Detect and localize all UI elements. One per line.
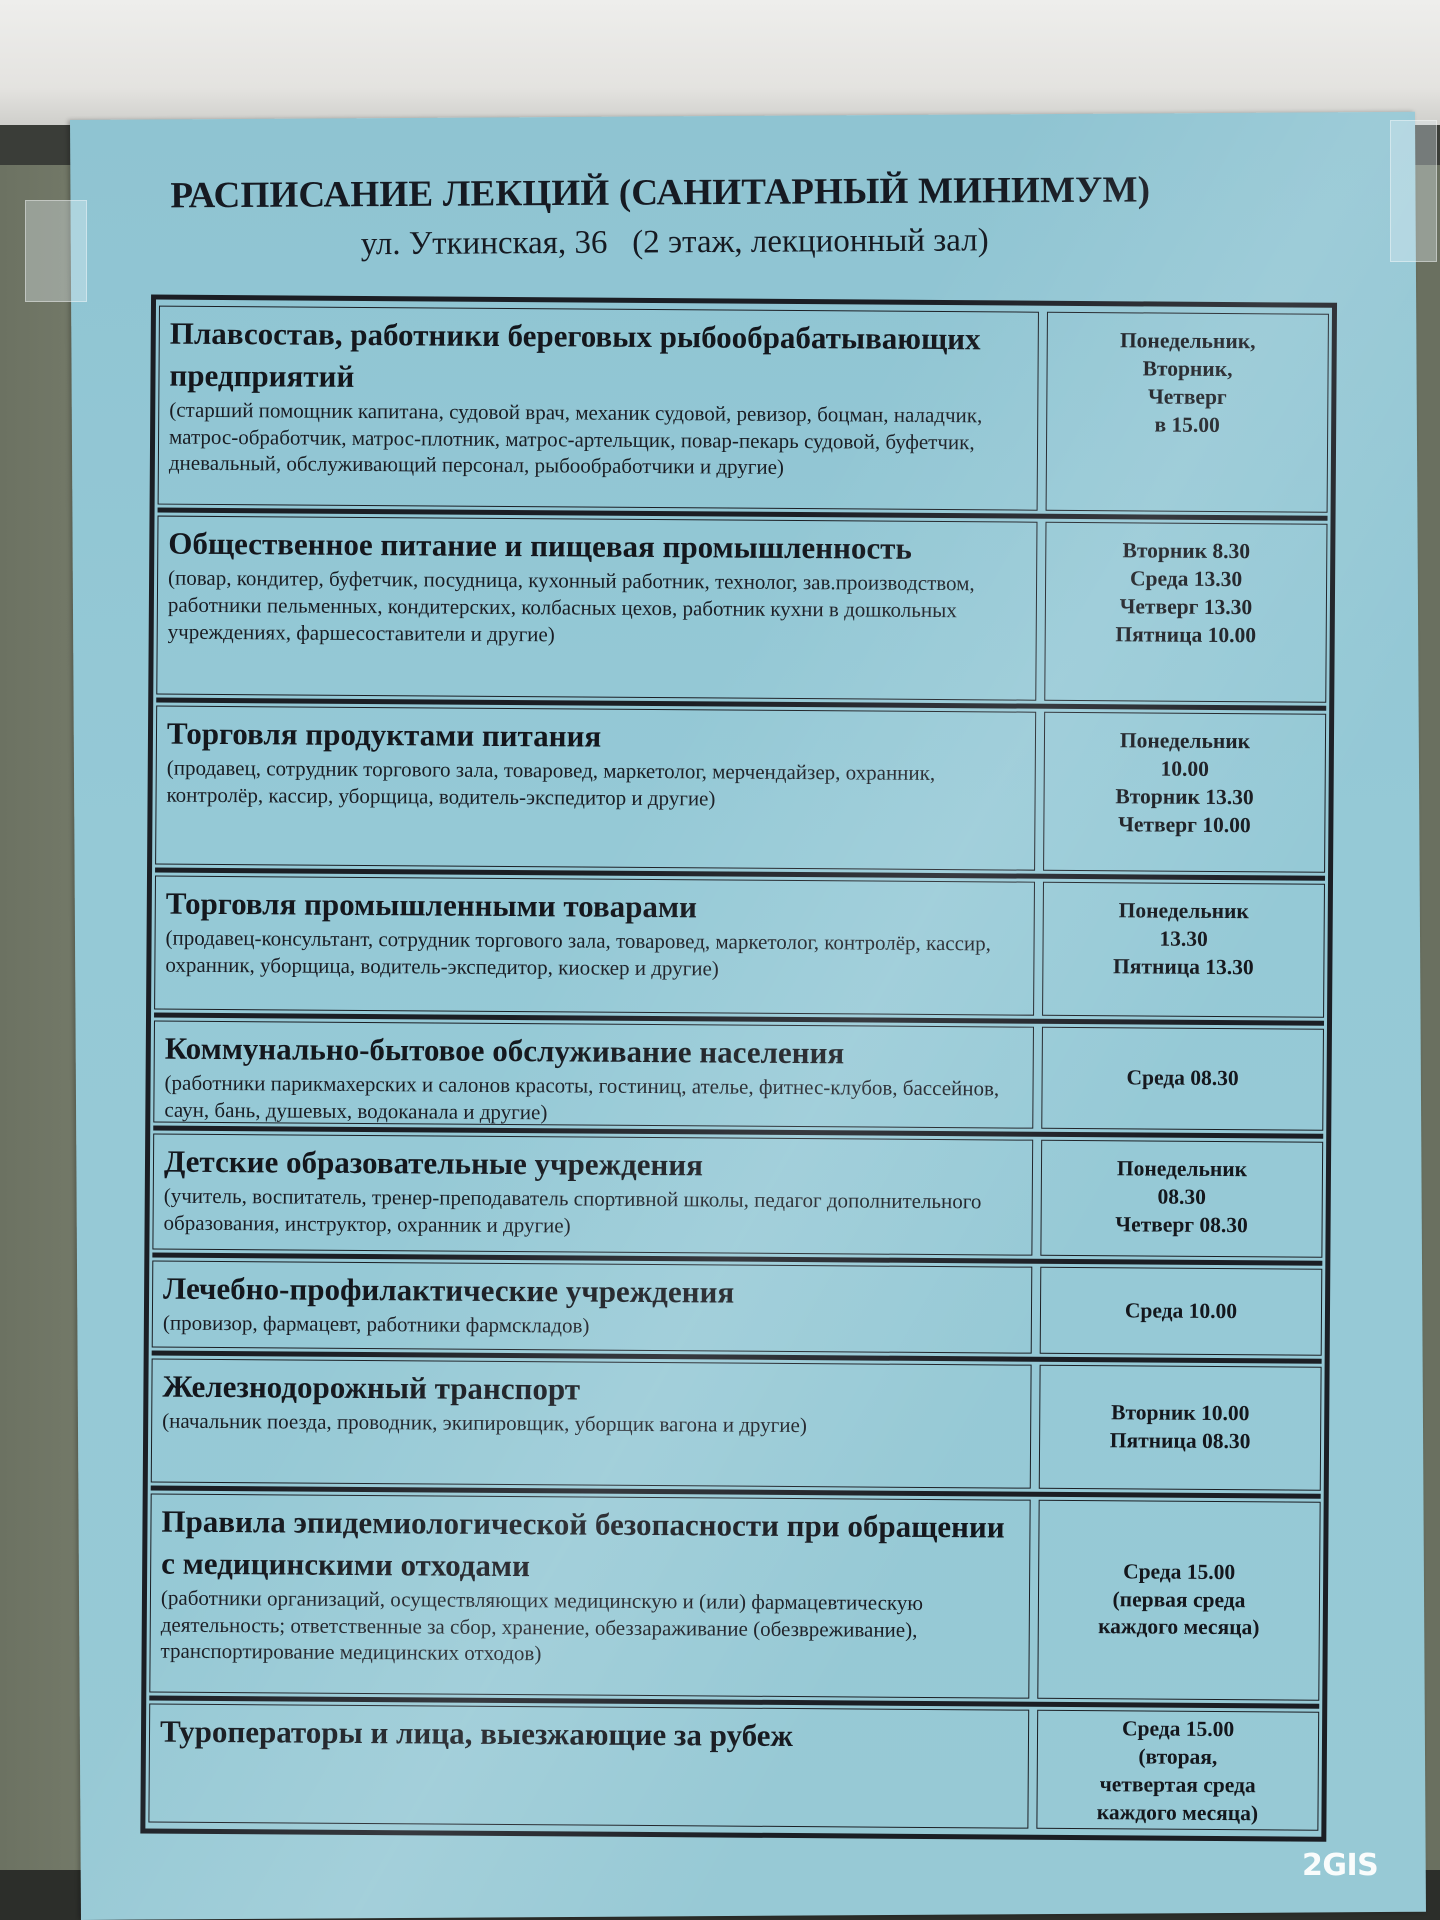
schedule-row: Торговля продуктами питания (продавец, с… bbox=[155, 703, 1326, 881]
schedule-cell: Понедельник 08.30 Четверг 08.30 bbox=[1040, 1140, 1323, 1258]
schedule-line: 08.30 bbox=[1158, 1183, 1207, 1211]
schedule-line: 13.30 bbox=[1159, 926, 1208, 954]
category-cell: Коммунально-бытовое обслуживание населен… bbox=[153, 1021, 1034, 1129]
notice-title: РАСПИСАНИЕ ЛЕКЦИЙ (САНИТАРНЫЙ МИНИМУМ) bbox=[170, 167, 1370, 217]
schedule-row: Коммунально-бытовое обслуживание населен… bbox=[153, 1018, 1324, 1139]
category-cell: Лечебно-профилактические учреждения (про… bbox=[152, 1261, 1033, 1354]
schedule-line: Среда 13.30 bbox=[1130, 565, 1242, 594]
category-title: Общественное питание и пищевая промышлен… bbox=[168, 523, 1026, 571]
schedule-line: Четверг bbox=[1148, 383, 1227, 411]
category-title: Торговля промышленными товарами bbox=[166, 883, 1024, 931]
schedule-row: Железнодорожный транспорт (начальник пое… bbox=[151, 1356, 1322, 1499]
schedule-line: Вторник 10.00 bbox=[1111, 1399, 1249, 1428]
schedule-row: Правила эпидемиологической безопасности … bbox=[149, 1491, 1320, 1709]
schedule-row: Лечебно-профилактические учреждения (про… bbox=[152, 1258, 1323, 1364]
schedule-line: Понедельник bbox=[1117, 1155, 1247, 1184]
schedule-cell: Среда 15.00 (первая среда каждого месяца… bbox=[1037, 1500, 1320, 1701]
watermark-logo: 2GIS bbox=[1302, 1848, 1378, 1883]
category-roles: (начальник поезда, проводник, экипировщи… bbox=[162, 1407, 1020, 1440]
schedule-line: Среда 15.00 bbox=[1122, 1715, 1234, 1744]
category-roles: (провизор, фармацевт, работники фармскла… bbox=[163, 1309, 1021, 1342]
category-roles: (старший помощник капитана, судовой врач… bbox=[169, 396, 1028, 483]
category-cell: Правила эпидемиологической безопасности … bbox=[149, 1494, 1030, 1699]
schedule-line: Понедельник bbox=[1119, 897, 1249, 926]
category-roles: (продавец, сотрудник торгового зала, тов… bbox=[166, 754, 1024, 814]
schedule-row: Туроператоры и лица, выезжающие за рубеж… bbox=[148, 1701, 1319, 1834]
schedule-line: каждого месяца) bbox=[1098, 1614, 1260, 1643]
tape-right bbox=[1390, 120, 1437, 262]
schedule-cell: Среда 15.00 (вторая, четвертая среда каж… bbox=[1036, 1710, 1319, 1831]
schedule-line: четвертая среда bbox=[1100, 1771, 1256, 1800]
category-cell: Детские образовательные учреждения (учит… bbox=[152, 1134, 1033, 1256]
schedule-line: Пятница 13.30 bbox=[1113, 953, 1254, 982]
category-title: Торговля продуктами питания bbox=[167, 713, 1025, 761]
schedule-line: 10.00 bbox=[1160, 756, 1209, 784]
schedule-line: Понедельник bbox=[1120, 727, 1250, 756]
category-roles: (учитель, воспитатель, тренер-преподават… bbox=[163, 1182, 1021, 1242]
category-cell: Туроператоры и лица, выезжающие за рубеж bbox=[148, 1704, 1029, 1829]
schedule-cell: Вторник 8.30 Среда 13.30 Четверг 13.30 П… bbox=[1044, 522, 1327, 703]
schedule-row: Торговля промышленными товарами (продаве… bbox=[154, 873, 1325, 1026]
schedule-line: Вторник 8.30 bbox=[1122, 537, 1250, 566]
schedule-line: Четверг 08.30 bbox=[1115, 1211, 1248, 1240]
schedule-cell: Понедельник 13.30 Пятница 13.30 bbox=[1042, 882, 1325, 1018]
schedule-table: Плавсостав, работники береговых рыбообра… bbox=[140, 295, 1337, 1842]
category-cell: Плавсостав, работники береговых рыбообра… bbox=[158, 306, 1039, 511]
category-cell: Железнодорожный транспорт (начальник пое… bbox=[151, 1359, 1032, 1489]
schedule-cell: Вторник 10.00 Пятница 08.30 bbox=[1039, 1365, 1322, 1491]
category-title: Лечебно-профилактические учреждения bbox=[163, 1268, 1021, 1316]
notice-sheet: РАСПИСАНИЕ ЛЕКЦИЙ (САНИТАРНЫЙ МИНИМУМ) у… bbox=[70, 112, 1426, 1920]
category-cell: Общественное питание и пищевая промышлен… bbox=[156, 516, 1037, 701]
category-roles: (продавец-консультант, сотрудник торгово… bbox=[165, 924, 1023, 984]
schedule-line: каждого месяца) bbox=[1097, 1799, 1259, 1828]
schedule-line: Вторник, bbox=[1143, 355, 1233, 384]
schedule-row: Общественное питание и пищевая промышлен… bbox=[156, 513, 1327, 711]
category-title: Коммунально-бытовое обслуживание населен… bbox=[165, 1028, 1023, 1076]
schedule-cell: Понедельник, Вторник, Четверг в 15.00 bbox=[1046, 312, 1329, 513]
category-roles: (повар, кондитер, буфетчик, посудница, к… bbox=[168, 564, 1027, 651]
schedule-cell: Понедельник 10.00 Вторник 13.30 Четверг … bbox=[1043, 712, 1326, 873]
schedule-line: (первая среда bbox=[1112, 1586, 1245, 1615]
schedule-line: Пятница 10.00 bbox=[1115, 621, 1256, 650]
category-roles: (работники организаций, осуществляющих м… bbox=[161, 1584, 1020, 1671]
category-title: Детские образовательные учреждения bbox=[164, 1141, 1022, 1189]
schedule-line: в 15.00 bbox=[1154, 411, 1220, 439]
schedule-line: Пятница 08.30 bbox=[1110, 1427, 1251, 1456]
tape-left bbox=[25, 200, 87, 302]
schedule-row: Плавсостав, работники береговых рыбообра… bbox=[158, 303, 1329, 521]
schedule-line: Среда 08.30 bbox=[1126, 1064, 1238, 1093]
schedule-line: Понедельник, bbox=[1120, 327, 1256, 356]
schedule-line: Среда 15.00 bbox=[1123, 1558, 1235, 1587]
category-cell: Торговля продуктами питания (продавец, с… bbox=[155, 706, 1036, 871]
schedule-line: Вторник 13.30 bbox=[1115, 783, 1253, 812]
schedule-row: Детские образовательные учреждения (учит… bbox=[152, 1131, 1323, 1266]
category-title: Железнодорожный транспорт bbox=[162, 1366, 1020, 1414]
schedule-cell: Среда 10.00 bbox=[1040, 1267, 1323, 1356]
schedule-cell: Среда 08.30 bbox=[1041, 1027, 1324, 1131]
wall-top bbox=[0, 0, 1440, 129]
category-title: Туроператоры и лица, выезжающие за рубеж bbox=[160, 1711, 1018, 1759]
category-title: Правила эпидемиологической безопасности … bbox=[161, 1501, 1020, 1591]
category-roles: (работники парикмахерских и салонов крас… bbox=[164, 1069, 1022, 1129]
category-title: Плавсостав, работники береговых рыбообра… bbox=[169, 313, 1028, 403]
schedule-line: Четверг 10.00 bbox=[1118, 811, 1251, 840]
schedule-line: Среда 10.00 bbox=[1125, 1297, 1237, 1326]
schedule-line: Четверг 13.30 bbox=[1120, 593, 1253, 622]
category-cell: Торговля промышленными товарами (продаве… bbox=[154, 876, 1035, 1016]
notice-address: ул. Уткинская, 36 (2 этаж, лекционный за… bbox=[361, 221, 1261, 263]
schedule-line: (вторая, bbox=[1138, 1743, 1217, 1771]
